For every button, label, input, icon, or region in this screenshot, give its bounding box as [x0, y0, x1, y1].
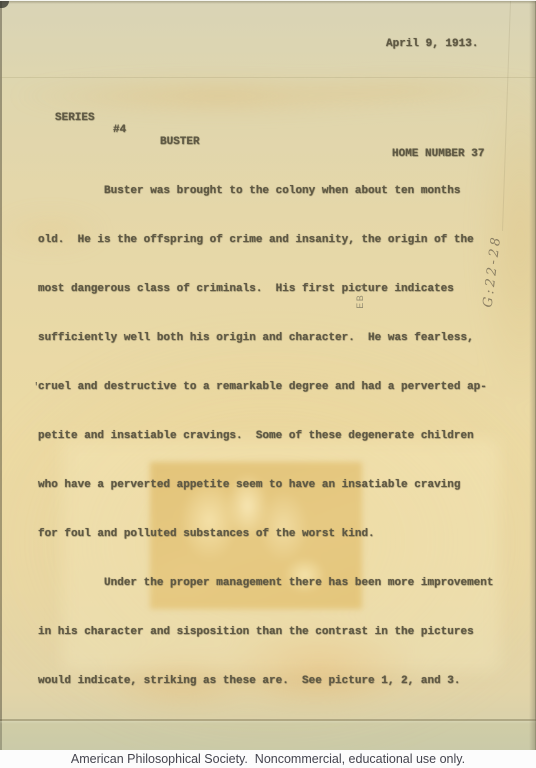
typed-line: who have a perverted appetite seem to ha… — [38, 475, 493, 500]
typed-line: would indicate, striking as these are. S… — [38, 671, 493, 696]
typed-line: Buster was brought to the colony when ab… — [38, 181, 493, 206]
typed-line: petite and insatiable cravings. Some of … — [38, 426, 493, 451]
scan-edge-top — [0, 1, 536, 4]
typed-date: April 9, 1913. — [386, 38, 478, 50]
margin-mark: ' — [33, 382, 40, 394]
typed-line: Under the proper management there has be… — [38, 573, 493, 598]
fold-shading — [0, 721, 536, 751]
caption-bar: American Philosophical Society. Noncomme… — [0, 750, 536, 768]
series-number: #4 — [113, 124, 126, 136]
typed-line: in his character and sisposition than th… — [38, 622, 493, 647]
paper-scan: April 9, 1913. SERIES #4 BUSTER HOME NUM… — [0, 0, 536, 751]
scan-edge-right — [529, 1, 536, 751]
document-header-row: SERIES #4 BUSTER HOME NUMBER 37 — [0, 100, 536, 114]
typed-line: cruel and destructive to a remarkable de… — [38, 377, 493, 402]
scanned-document-page: April 9, 1913. SERIES #4 BUSTER HOME NUM… — [0, 0, 536, 768]
typed-line: for foul and polluted substances of the … — [38, 524, 493, 549]
series-label: SERIES — [55, 112, 95, 124]
subject-name: BUSTER — [160, 136, 200, 148]
archival-pencil-stamp: EB 3 — [330, 266, 390, 326]
caption-text: American Philosophical Society. Noncomme… — [71, 752, 465, 766]
paper-crease — [0, 77, 536, 78]
margin-handwriting: G:22-28 — [414, 193, 536, 349]
